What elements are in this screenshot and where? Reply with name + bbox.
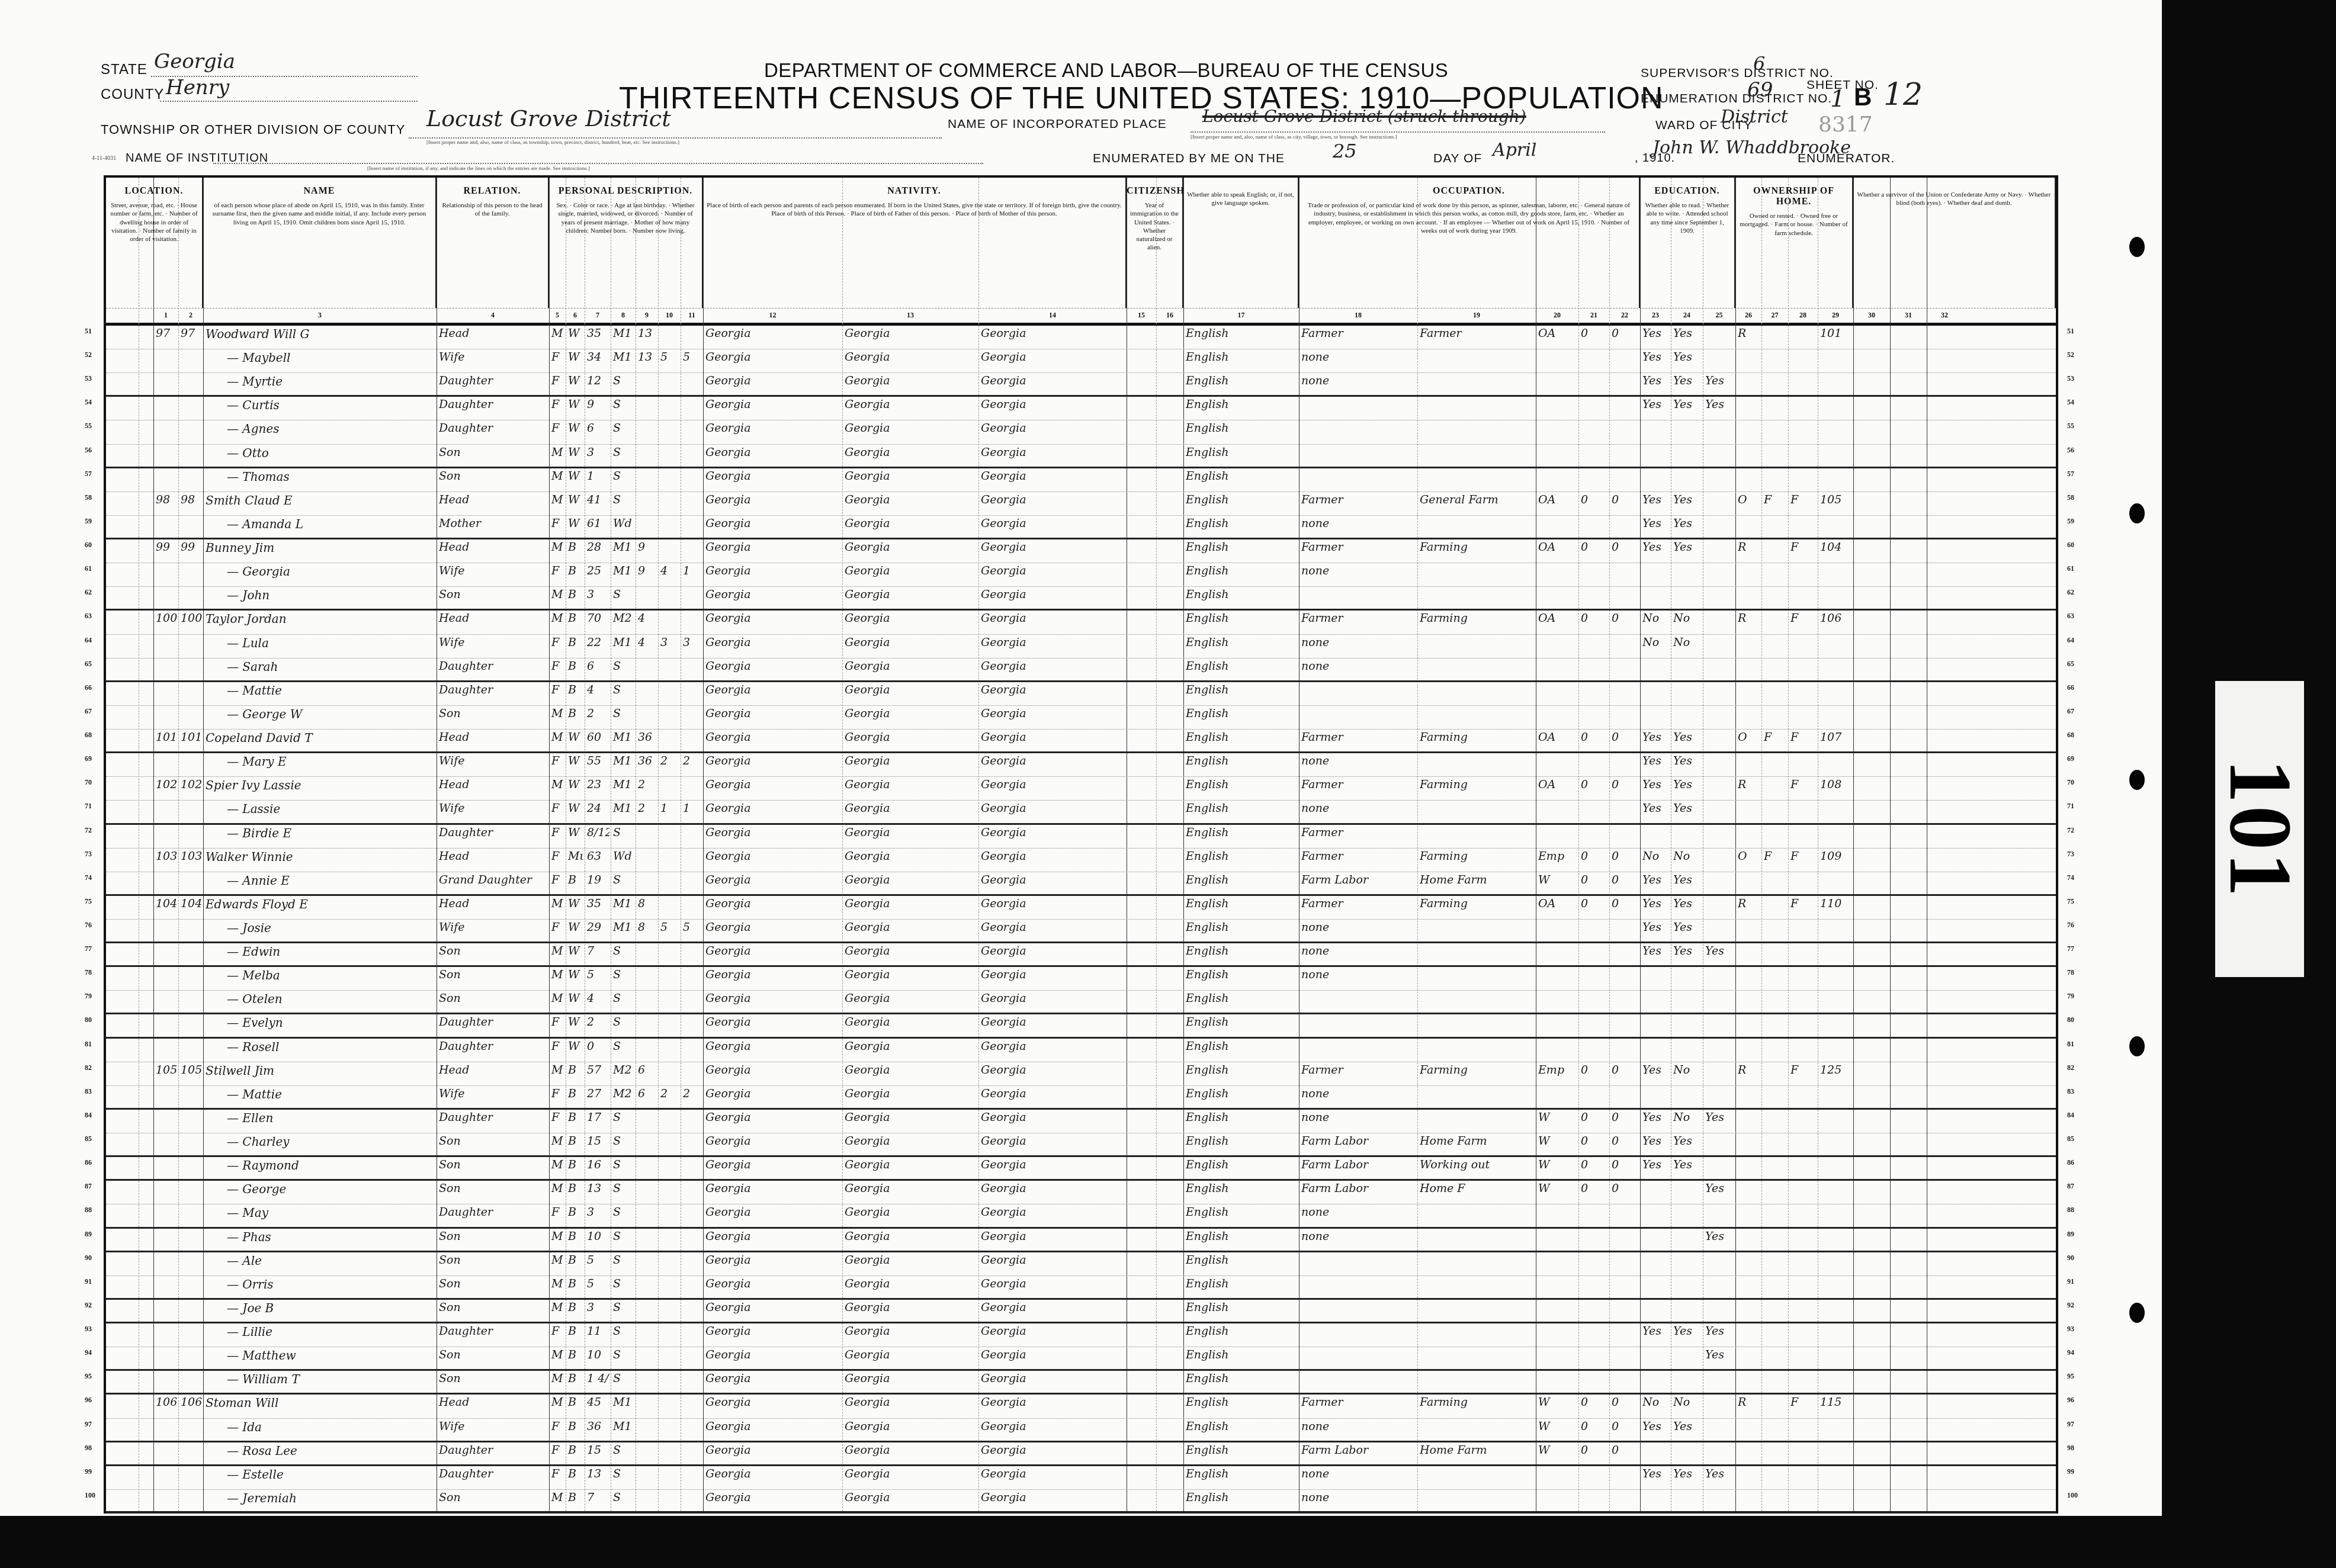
cell-age: 9 <box>587 398 609 415</box>
binder-hole <box>2129 237 2145 257</box>
cell-sex: M <box>551 1254 564 1270</box>
cell-lang: English <box>1186 1230 1298 1246</box>
cell-farm: F <box>1790 1396 1817 1412</box>
cell-lang: English <box>1186 1206 1298 1222</box>
cell-age: 6 <box>587 660 609 676</box>
cell-trade: Farm Labor <box>1301 873 1416 890</box>
table-row: — EdwinSonMW7SGeorgiaGeorgiaGeorgiaEngli… <box>106 943 2056 967</box>
cell-pob: Georgia <box>705 588 841 605</box>
cell-read: Yes <box>1642 1420 1670 1437</box>
cell-own: R <box>1738 612 1760 628</box>
cell-free: F <box>1764 850 1787 866</box>
cell-fpob: Georgia <box>845 422 977 438</box>
column-group-header: NAMEof each person whose place of abode … <box>203 178 437 308</box>
cell-yrs: 2 <box>638 778 657 795</box>
incorporated-place-line <box>1191 131 1605 133</box>
cell-sex: M <box>551 944 564 961</box>
table-row: — GeorgiaWifeFB25M1941GeorgiaGeorgiaGeor… <box>106 563 2056 587</box>
column-description: Year of immigration to the United States… <box>1127 197 1182 257</box>
cell-sex: F <box>551 826 564 843</box>
cell-write: No <box>1673 850 1702 866</box>
cell-trade: Farm Labor <box>1301 1444 1416 1460</box>
cell-name: — Mattie <box>227 683 457 700</box>
cell-sex: F <box>551 422 564 438</box>
line-number-right: 79 <box>2067 992 2074 1001</box>
column-number: 31 <box>1890 311 1927 320</box>
line-number-left: 96 <box>85 1396 92 1405</box>
cell-fpob: Georgia <box>845 1111 977 1127</box>
cell-dw: 103 <box>156 850 177 866</box>
cell-name: — Raymond <box>227 1158 457 1175</box>
cell-mpob: Georgia <box>981 944 1125 961</box>
state-value: Georgia <box>154 50 235 73</box>
cell-lang: English <box>1186 422 1298 438</box>
cell-name: — Orris <box>227 1277 457 1294</box>
cell-pob: Georgia <box>705 897 841 914</box>
line-number-left: 83 <box>85 1087 92 1096</box>
cell-lang: English <box>1186 850 1298 866</box>
cell-race: B <box>568 1111 583 1127</box>
cell-pob: Georgia <box>705 1254 841 1270</box>
table-row: — JeremiahSonMB7SGeorgiaGeorgiaGeorgiaEn… <box>106 1490 2056 1514</box>
cell-pob: Georgia <box>705 470 841 486</box>
cell-ms: S <box>613 944 634 961</box>
cell-mpob: Georgia <box>981 921 1125 937</box>
cell-rel: Son <box>439 1277 548 1294</box>
cell-rel: Son <box>439 1372 548 1389</box>
cell-ms: S <box>613 1016 634 1032</box>
table-row: — RaymondSonMB16SGeorgiaGeorgiaGeorgiaEn… <box>106 1157 2056 1181</box>
line-number-left: 76 <box>85 921 92 930</box>
cell-living: 5 <box>683 351 702 367</box>
column-group-title: PERSONAL DESCRIPTION. <box>549 178 702 197</box>
cell-out: 0 <box>1581 897 1608 914</box>
cell-fpob: Georgia <box>845 802 977 818</box>
table-row: — MattieWifeFB27M2622GeorgiaGeorgiaGeorg… <box>106 1086 2056 1110</box>
cell-emp: OA <box>1538 493 1577 510</box>
cell-mpob: Georgia <box>981 873 1125 890</box>
cell-age: 34 <box>587 351 609 367</box>
cell-lang: English <box>1186 1135 1298 1151</box>
cell-yrs: 13 <box>638 351 657 367</box>
column-group-header: PERSONAL DESCRIPTION.Sex. · Color or rac… <box>549 178 703 308</box>
cell-mpob: Georgia <box>981 1325 1125 1341</box>
line-number-left: 77 <box>85 944 92 953</box>
cell-sex: M <box>551 541 564 557</box>
line-number-right: 73 <box>2067 850 2074 859</box>
cell-pob: Georgia <box>705 636 841 653</box>
cell-age: 2 <box>587 1016 609 1032</box>
cell-out: 0 <box>1581 778 1608 795</box>
line-number-left: 68 <box>85 731 92 740</box>
cell-sex: F <box>551 1467 564 1484</box>
cell-ms: M2 <box>613 1063 634 1080</box>
cell-emp: W <box>1538 1135 1577 1151</box>
line-number-left: 58 <box>85 493 92 502</box>
cell-rel: Wife <box>439 636 548 653</box>
line-number-left: 81 <box>85 1040 92 1049</box>
cell-mpob: Georgia <box>981 731 1125 747</box>
line-number-right: 96 <box>2067 1396 2074 1405</box>
line-number-right: 85 <box>2067 1135 2074 1143</box>
table-row: — OrrisSonMB5SGeorgiaGeorgiaGeorgiaEngli… <box>106 1276 2056 1300</box>
cell-wks: 0 <box>1612 327 1639 343</box>
cell-mpob: Georgia <box>981 517 1125 534</box>
cell-write: Yes <box>1673 327 1702 343</box>
cell-lang: English <box>1186 968 1298 985</box>
line-number-left: 70 <box>85 778 92 787</box>
cell-write: Yes <box>1673 1158 1702 1175</box>
cell-pob: Georgia <box>705 802 841 818</box>
cell-farm: F <box>1790 731 1817 747</box>
binder-hole <box>2129 770 2145 790</box>
line-number-left: 92 <box>85 1301 92 1310</box>
cell-age: 11 <box>587 1325 609 1341</box>
cell-read: Yes <box>1642 1467 1670 1484</box>
cell-trade: Farm Labor <box>1301 1158 1416 1175</box>
column-group-title: NATIVITY. <box>703 178 1125 197</box>
line-number-right: 97 <box>2067 1420 2074 1429</box>
column-group-header: Whether a survivor of the Union or Confe… <box>1853 178 2056 308</box>
cell-rel: Head <box>439 493 548 510</box>
cell-mpob: Georgia <box>981 1348 1125 1365</box>
cell-yrs: 9 <box>638 564 657 581</box>
line-number-right: 66 <box>2067 683 2074 692</box>
cell-fpob: Georgia <box>845 1182 977 1199</box>
cell-mpob: Georgia <box>981 897 1125 914</box>
line-number-left: 60 <box>85 541 92 550</box>
cell-farm: F <box>1790 897 1817 914</box>
cell-lang: English <box>1186 992 1298 1008</box>
cell-farm: F <box>1790 541 1817 557</box>
cell-fpob: Georgia <box>845 992 977 1008</box>
cell-living: 2 <box>683 1087 702 1104</box>
column-group-header: RELATION.Relationship of this person to … <box>437 178 549 308</box>
line-number-right: 88 <box>2067 1206 2074 1214</box>
table-row: 100100Taylor JordanHeadMB70M24GeorgiaGeo… <box>106 611 2056 634</box>
cell-name: — Evelyn <box>227 1016 457 1032</box>
cell-wks: 0 <box>1612 493 1639 510</box>
cell-mpob: Georgia <box>981 1301 1125 1318</box>
cell-write: Yes <box>1673 897 1702 914</box>
cell-name: — Annie E <box>227 873 457 890</box>
cell-lang: English <box>1186 351 1298 367</box>
line-number-left: 82 <box>85 1063 92 1072</box>
cell-yrs: 8 <box>638 921 657 937</box>
cell-fpob: Georgia <box>845 1348 977 1365</box>
cell-living: 2 <box>683 754 702 771</box>
cell-read: Yes <box>1642 1135 1670 1151</box>
column-group-title: CITIZENSHIP. <box>1127 178 1182 197</box>
cell-rel: Daughter <box>439 1040 548 1056</box>
cell-trade: none <box>1301 1420 1416 1437</box>
cell-ms: S <box>613 660 634 676</box>
cell-race: W <box>568 446 583 462</box>
cell-yrs: 36 <box>638 731 657 747</box>
cell-ms: S <box>613 968 634 985</box>
cell-ms: S <box>613 707 634 724</box>
cell-pob: Georgia <box>705 517 841 534</box>
cell-trade: none <box>1301 1111 1416 1127</box>
column-group-title: OCCUPATION. <box>1299 178 1639 197</box>
cell-fpob: Georgia <box>845 612 977 628</box>
cell-ms: S <box>613 826 634 843</box>
cell-ms: S <box>613 446 634 462</box>
cell-age: 23 <box>587 778 609 795</box>
cell-lang: English <box>1186 517 1298 534</box>
cell-ms: S <box>613 1040 634 1056</box>
cell-fpob: Georgia <box>845 873 977 890</box>
cell-ms: S <box>613 683 634 700</box>
binder-hole <box>2129 1303 2145 1323</box>
cell-fpob: Georgia <box>845 1040 977 1056</box>
cell-pob: Georgia <box>705 778 841 795</box>
cell-ms: M2 <box>613 612 634 628</box>
cell-sex: F <box>551 921 564 937</box>
cell-mpob: Georgia <box>981 1111 1125 1127</box>
line-number-right: 95 <box>2067 1372 2074 1381</box>
line-number-left: 90 <box>85 1254 92 1262</box>
cell-wks: 0 <box>1612 1111 1639 1127</box>
cell-write: Yes <box>1673 374 1702 391</box>
cell-lang: English <box>1186 1491 1298 1508</box>
cell-lang: English <box>1186 374 1298 391</box>
cell-name: — Amanda L <box>227 517 457 534</box>
table-row: — Birdie EDaughterFW8/12SGeorgiaGeorgiaG… <box>106 825 2056 849</box>
cell-rel: Daughter <box>439 826 548 843</box>
cell-dw: 102 <box>156 778 177 795</box>
cell-mpob: Georgia <box>981 850 1125 866</box>
cell-race: B <box>568 683 583 700</box>
cell-rel: Son <box>439 1182 548 1199</box>
cell-mpob: Georgia <box>981 541 1125 557</box>
cell-fpob: Georgia <box>845 1420 977 1437</box>
cell-own: R <box>1738 897 1760 914</box>
cell-mpob: Georgia <box>981 1372 1125 1389</box>
cell-lang: English <box>1186 731 1298 747</box>
cell-sex: F <box>551 1111 564 1127</box>
cell-fam: 101 <box>181 731 202 747</box>
cell-ms: Wd <box>613 517 634 534</box>
line-number-right: 76 <box>2067 921 2074 930</box>
table-row: — SarahDaughterFB6SGeorgiaGeorgiaGeorgia… <box>106 658 2056 682</box>
column-number: 28 <box>1788 311 1818 320</box>
cell-pob: Georgia <box>705 398 841 415</box>
cell-mpob: Georgia <box>981 1063 1125 1080</box>
table-row: — MattieDaughterFB4SGeorgiaGeorgiaGeorgi… <box>106 682 2056 706</box>
cell-lang: English <box>1186 1467 1298 1484</box>
cell-age: 5 <box>587 1254 609 1270</box>
cell-fpob: Georgia <box>845 1135 977 1151</box>
cell-pob: Georgia <box>705 1325 841 1341</box>
cell-pob: Georgia <box>705 1206 841 1222</box>
cell-lang: English <box>1186 470 1298 486</box>
cell-ms: Wd <box>613 850 634 866</box>
cell-pob: Georgia <box>705 968 841 985</box>
census-sheet: STATE Georgia COUNTY Henry TOWNSHIP OR O… <box>0 0 2336 1568</box>
cell-race: W <box>568 778 583 795</box>
line-number-right: 51 <box>2067 327 2074 336</box>
cell-read: Yes <box>1642 921 1670 937</box>
cell-industry: Farming <box>1420 612 1535 628</box>
cell-yrs: 4 <box>638 612 657 628</box>
cell-school: Yes <box>1705 944 1734 961</box>
cell-read: Yes <box>1642 398 1670 415</box>
cell-dw: 101 <box>156 731 177 747</box>
cell-age: 3 <box>587 1301 609 1318</box>
line-number-left: 67 <box>85 707 92 716</box>
cell-emp: W <box>1538 1396 1577 1412</box>
line-number-right: 90 <box>2067 1254 2074 1262</box>
cell-rel: Wife <box>439 754 548 771</box>
cell-age: 4 <box>587 992 609 1008</box>
line-number-right: 80 <box>2067 1016 2074 1024</box>
cell-ms: S <box>613 1182 634 1199</box>
cell-race: B <box>568 541 583 557</box>
cell-pob: Georgia <box>705 493 841 510</box>
line-number-left: 69 <box>85 754 92 763</box>
cell-out: 0 <box>1581 873 1608 890</box>
cell-own: R <box>1738 1063 1760 1080</box>
cell-farm: F <box>1790 493 1817 510</box>
cell-sex: M <box>551 1301 564 1318</box>
table-row: — ThomasSonMW1SGeorgiaGeorgiaGeorgiaEngl… <box>106 468 2056 492</box>
line-number-left: 79 <box>85 992 92 1001</box>
cell-read: Yes <box>1642 541 1670 557</box>
cell-ms: M1 <box>613 802 634 818</box>
cell-age: 24 <box>587 802 609 818</box>
cell-race: B <box>568 1301 583 1318</box>
cell-free: F <box>1764 493 1787 510</box>
table-row: — Amanda LMotherFW61WdGeorgiaGeorgiaGeor… <box>106 516 2056 539</box>
table-row: — George WSonMB2SGeorgiaGeorgiaGeorgiaEn… <box>106 706 2056 730</box>
county-label: COUNTY <box>101 86 164 103</box>
cell-mpob: Georgia <box>981 1396 1125 1412</box>
column-number: 12 <box>703 311 842 320</box>
cell-school: Yes <box>1705 374 1734 391</box>
cell-pob: Georgia <box>705 612 841 628</box>
cell-write: Yes <box>1673 351 1702 367</box>
line-number-right: 70 <box>2067 778 2074 787</box>
cell-fpob: Georgia <box>845 1396 977 1412</box>
line-number-right: 81 <box>2067 1040 2074 1049</box>
cell-rel: Daughter <box>439 422 548 438</box>
cell-race: W <box>568 398 583 415</box>
township-label: TOWNSHIP OR OTHER DIVISION OF COUNTY <box>101 122 405 137</box>
cell-race: B <box>568 1230 583 1246</box>
column-number: 20 <box>1536 311 1578 320</box>
cell-pob: Georgia <box>705 327 841 343</box>
column-description: Place of birth of each person and parent… <box>703 197 1125 223</box>
cell-trade: Farmer <box>1301 1063 1416 1080</box>
cell-school: Yes <box>1705 1325 1734 1341</box>
cell-living: 3 <box>683 636 702 653</box>
cell-wks: 0 <box>1612 1420 1639 1437</box>
cell-mpob: Georgia <box>981 327 1125 343</box>
cell-fpob: Georgia <box>845 660 977 676</box>
cell-dw: 100 <box>156 612 177 628</box>
cell-mpob: Georgia <box>981 1158 1125 1175</box>
cell-write: Yes <box>1673 754 1702 771</box>
cell-ms: S <box>613 1206 634 1222</box>
cell-ms: M2 <box>613 1087 634 1104</box>
line-number-left: 57 <box>85 470 92 478</box>
cell-pob: Georgia <box>705 1182 841 1199</box>
cell-race: B <box>568 1444 583 1460</box>
cell-fpob: Georgia <box>845 826 977 843</box>
cell-pob: Georgia <box>705 683 841 700</box>
cell-mpob: Georgia <box>981 422 1125 438</box>
column-number: 27 <box>1761 311 1788 320</box>
line-number-left: 66 <box>85 683 92 692</box>
cell-sex: F <box>551 1444 564 1460</box>
cell-mpob: Georgia <box>981 398 1125 415</box>
cell-name: — Edwin <box>227 944 457 961</box>
line-number-right: 55 <box>2067 422 2074 430</box>
cell-race: B <box>568 1158 583 1175</box>
cell-read: Yes <box>1642 327 1670 343</box>
cell-sex: M <box>551 1491 564 1508</box>
cell-wks: 0 <box>1612 612 1639 628</box>
cell-own: O <box>1738 731 1760 747</box>
column-description: Whether able to read. · Whether able to … <box>1640 197 1734 240</box>
cell-write: Yes <box>1673 1325 1702 1341</box>
cell-ms: S <box>613 1230 634 1246</box>
cell-age: 17 <box>587 1111 609 1127</box>
table-row: 9797Woodward Will GHeadMW35M113GeorgiaGe… <box>106 326 2056 349</box>
cell-fpob: Georgia <box>845 1277 977 1294</box>
cell-age: 55 <box>587 754 609 771</box>
line-number-right: 82 <box>2067 1063 2074 1072</box>
cell-name: — Lula <box>227 636 457 653</box>
cell-name: — Otelen <box>227 992 457 1008</box>
cell-pob: Georgia <box>705 1301 841 1318</box>
cell-sex: F <box>551 636 564 653</box>
cell-sched: 107 <box>1820 731 1852 747</box>
cell-sex: F <box>551 517 564 534</box>
column-number: 4 <box>437 311 549 320</box>
cell-yrs: 36 <box>638 754 657 771</box>
cell-rel: Head <box>439 1063 548 1080</box>
cell-trade: none <box>1301 1491 1416 1508</box>
cell-fpob: Georgia <box>845 1230 977 1246</box>
cell-sex: M <box>551 1135 564 1151</box>
cell-age: 35 <box>587 327 609 343</box>
cell-race: B <box>568 1420 583 1437</box>
cell-ms: M1 <box>613 754 634 771</box>
cell-emp: W <box>1538 1182 1577 1199</box>
cell-yrs: 2 <box>638 802 657 818</box>
cell-age: 0 <box>587 1040 609 1056</box>
line-number-right: 63 <box>2067 612 2074 621</box>
cell-write: Yes <box>1673 541 1702 557</box>
cell-emp: OA <box>1538 541 1577 557</box>
table-row: 102102Spier Ivy LassieHeadMW23M12Georgia… <box>106 777 2056 801</box>
cell-sex: F <box>551 1016 564 1032</box>
cell-race: B <box>568 588 583 605</box>
cell-trade: Farmer <box>1301 612 1416 628</box>
cell-out: 0 <box>1581 1396 1608 1412</box>
cell-fpob: Georgia <box>845 1325 977 1341</box>
cell-lang: English <box>1186 564 1298 581</box>
cell-rel: Son <box>439 968 548 985</box>
cell-rel: Son <box>439 707 548 724</box>
table-row: — EstelleDaughterFB13SGeorgiaGeorgiaGeor… <box>106 1466 2056 1490</box>
state-label: STATE <box>101 62 147 78</box>
cell-ms: S <box>613 1111 634 1127</box>
cell-pob: Georgia <box>705 422 841 438</box>
cell-pob: Georgia <box>705 826 841 843</box>
